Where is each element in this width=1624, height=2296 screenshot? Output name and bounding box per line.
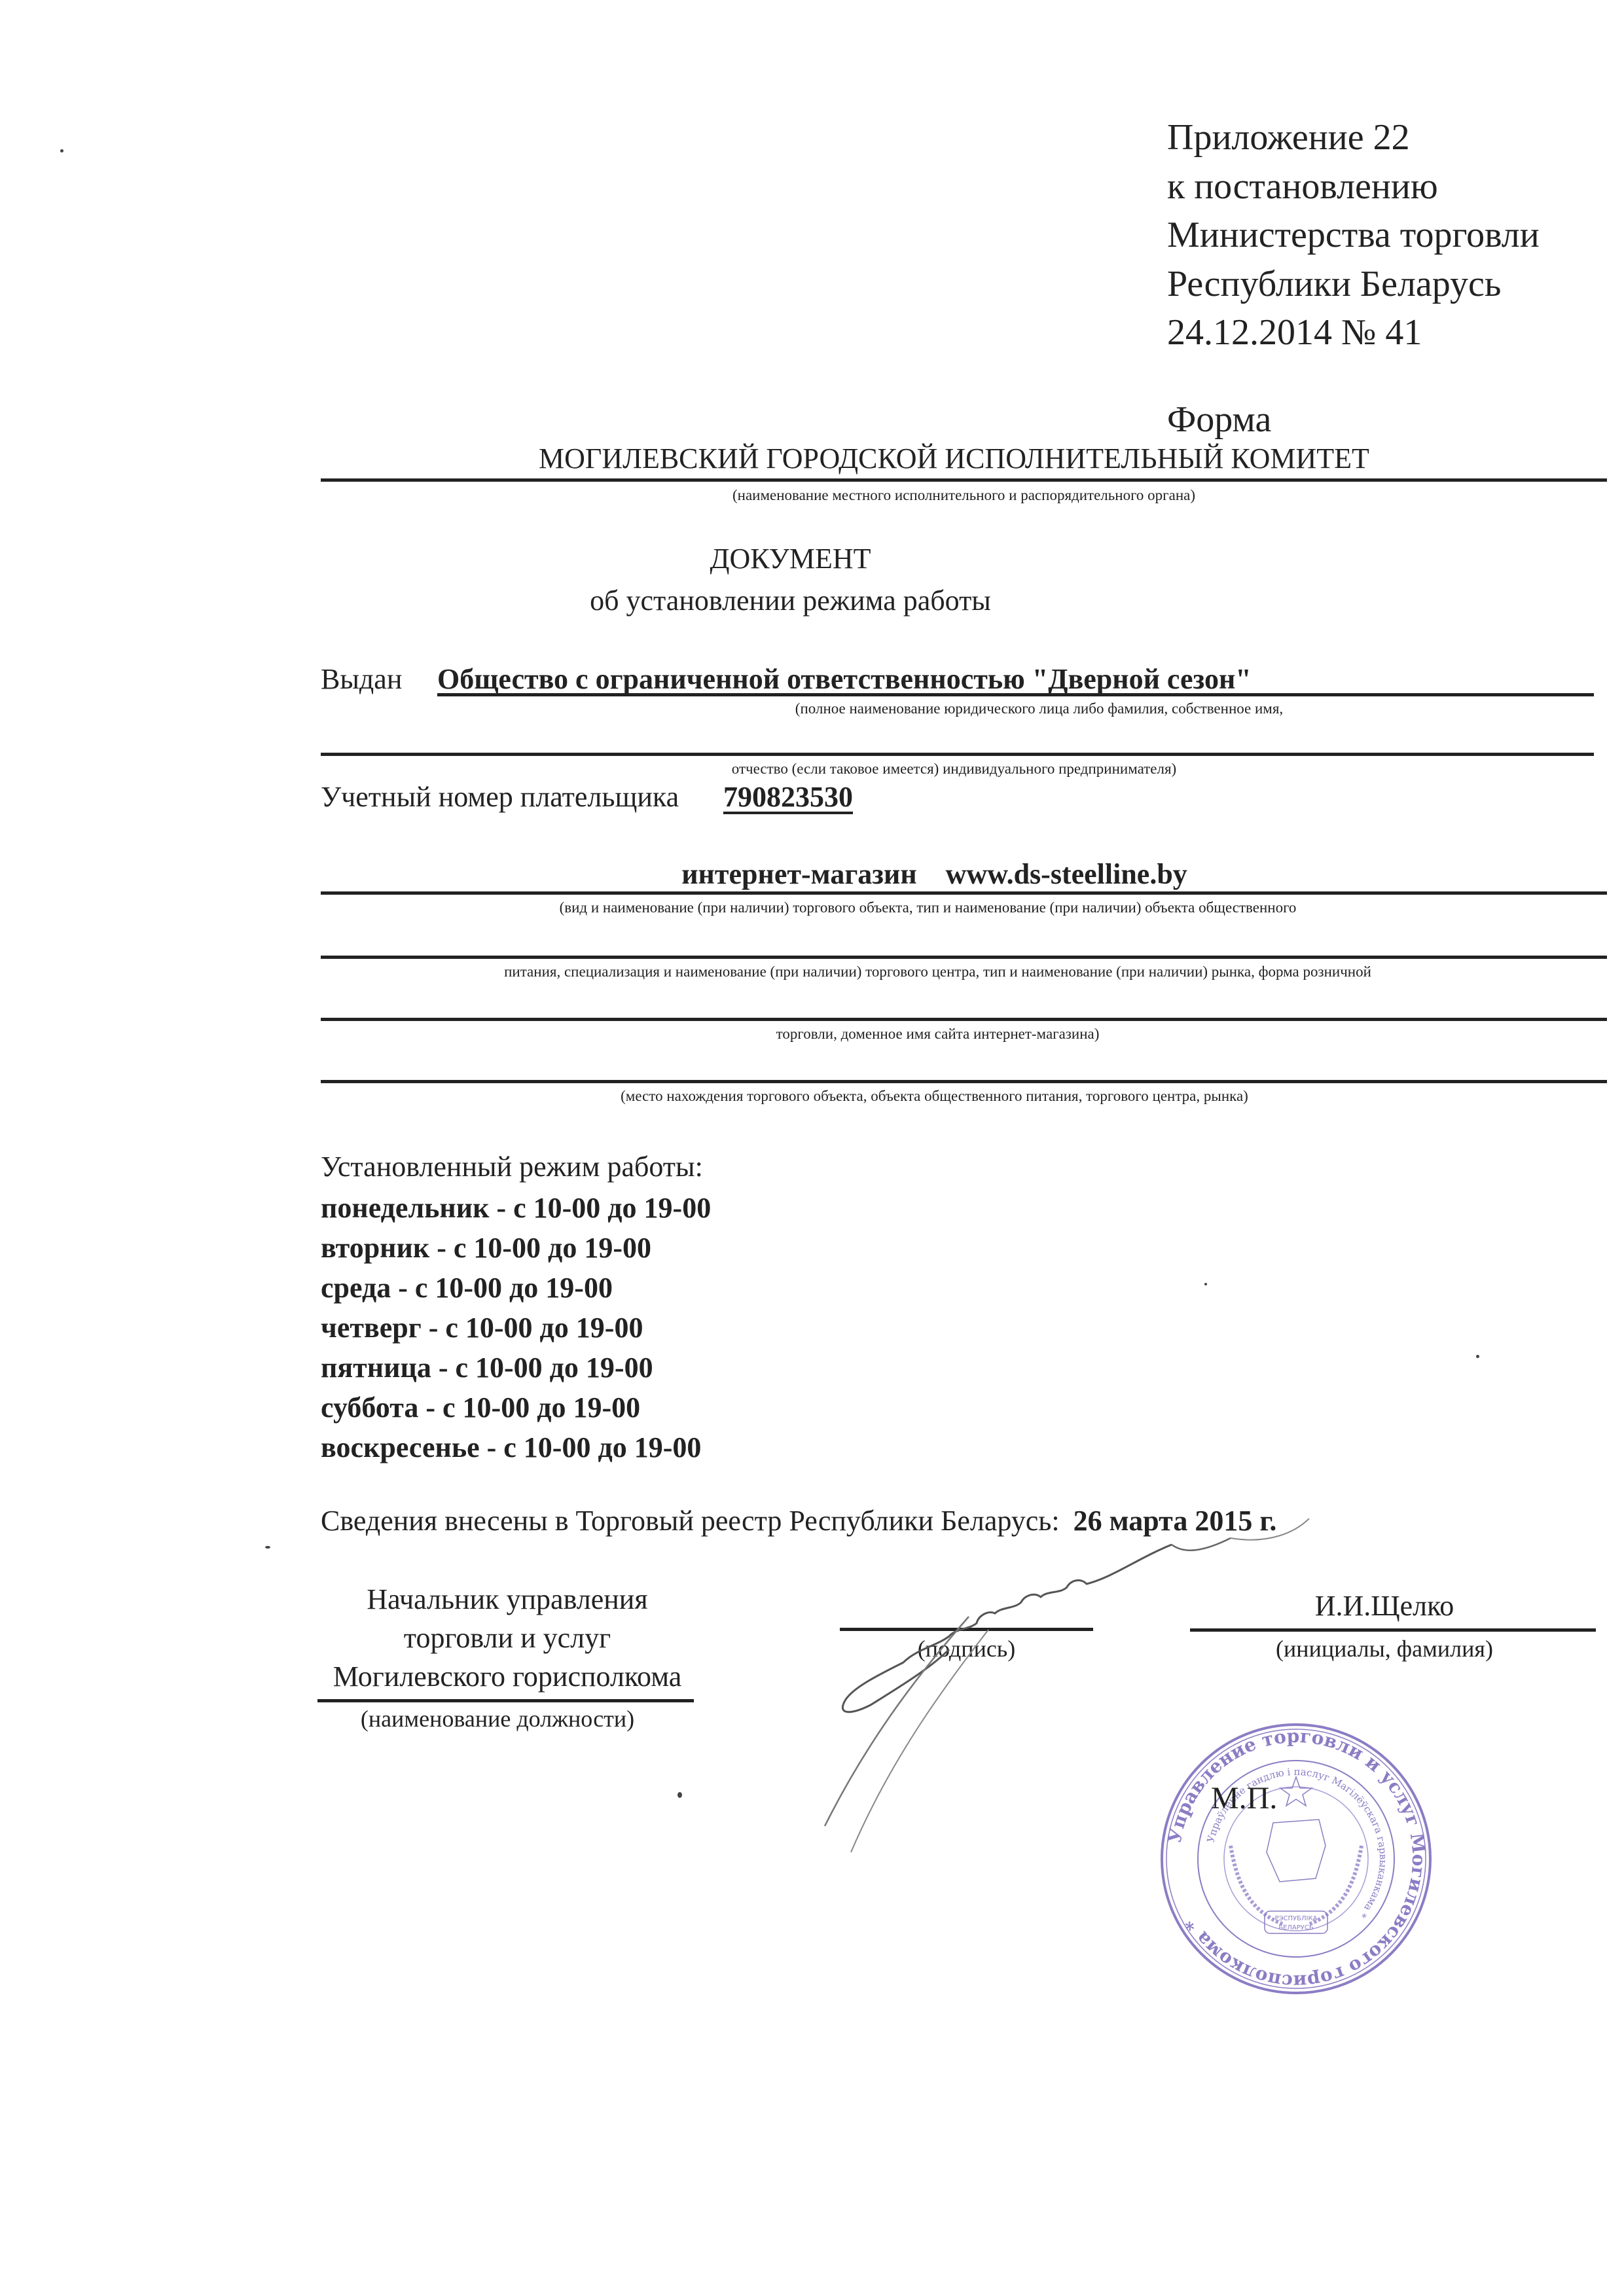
document-subtitle: об установлении режима работы — [321, 584, 1607, 618]
seal-label: М.П. — [1211, 1780, 1277, 1816]
authority-caption: (наименование местного исполнительного и… — [321, 486, 1607, 505]
position-line-3: Могилевского горисполкома — [321, 1660, 694, 1694]
appendix-line-2: к постановлению — [1167, 162, 1438, 211]
trade-object-rule-3 — [321, 1018, 1607, 1021]
signer-name-rule — [1190, 1628, 1596, 1632]
schedule-day-saturday: суббота - с 10-00 до 19-00 — [321, 1388, 640, 1427]
appendix-line-3: Министерства торговли — [1167, 210, 1540, 260]
authority-rule — [321, 478, 1607, 482]
payer-value: 790823530 — [723, 780, 853, 814]
schedule-day-monday: понедельник - с 10-00 до 19-00 — [321, 1188, 711, 1228]
issued-to-rule-2 — [321, 753, 1594, 756]
scan-speck — [265, 1546, 270, 1549]
schedule-day-thursday: четверг - с 10-00 до 19-00 — [321, 1308, 643, 1348]
trade-object-caption-1: (вид и наименование (при наличии) торгов… — [321, 898, 1607, 918]
schedule-day-friday: пятница - с 10-00 до 19-00 — [321, 1348, 653, 1388]
document-title: ДОКУМЕНТ — [321, 542, 1607, 576]
appendix-line-4: Республики Беларусь — [1167, 259, 1501, 309]
official-stamp-icon: Управление торговли и услуг Могилевского… — [1152, 1715, 1440, 2003]
scan-speck — [1204, 1283, 1207, 1285]
svg-text:БЕЛАРУСЬ: БЕЛАРУСЬ — [1278, 1924, 1314, 1931]
location-caption: (место нахождения торгового объекта, объ… — [321, 1086, 1607, 1106]
position-caption: (наименование должности) — [321, 1704, 674, 1733]
schedule-day-sunday: воскресенье - с 10-00 до 19-00 — [321, 1427, 701, 1467]
registry-line: Сведения внесены в Торговый реестр Респу… — [321, 1504, 1276, 1538]
position-line-2: торговли и услуг — [321, 1621, 694, 1655]
scan-speck — [60, 149, 63, 152]
signer-name: И.И.Щелко — [1182, 1589, 1587, 1623]
appendix-line-1: Приложение 22 — [1167, 113, 1410, 162]
registry-label: Сведения внесены в Торговый реестр Респу… — [321, 1505, 1060, 1537]
signer-name-caption: (инициалы, фамилия) — [1182, 1634, 1587, 1663]
payer-label: Учетный номер плательщика — [321, 780, 679, 814]
scan-speck — [1476, 1355, 1479, 1358]
issued-to-rule — [437, 693, 1594, 696]
position-line-1: Начальник управления — [321, 1583, 694, 1617]
signature-caption: (подпись) — [840, 1634, 1093, 1663]
location-rule — [321, 1080, 1607, 1083]
form-label: Форма — [1167, 395, 1271, 444]
scan-speck — [677, 1792, 682, 1798]
issued-to-caption-2: отчество (если таковое имеется) индивиду… — [321, 759, 1607, 779]
issued-to-label: Выдан — [321, 662, 402, 696]
trade-object-rule — [321, 891, 1607, 895]
trade-object-value: интернет-магазин www.ds-steelline.by — [321, 857, 1607, 891]
issued-to-value: Общество с ограниченной ответственностью… — [437, 662, 1252, 696]
trade-object-caption-3: торговли, доменное имя сайта интернет-ма… — [321, 1024, 1607, 1044]
authority-name-text: МОГИЛЕВСКИЙ ГОРОДСКОЙ ИСПОЛНИТЕЛЬНЫЙ КОМ… — [539, 442, 1369, 476]
issued-to-caption-1: (полное наименование юридического лица л… — [321, 699, 1607, 719]
registry-date: 26 марта 2015 г. — [1074, 1505, 1277, 1537]
position-rule — [317, 1699, 694, 1702]
trade-object-caption-2: питания, специализация и наименование (п… — [321, 962, 1607, 982]
svg-text:Управление торговли и услуг Мо: Управление торговли и услуг Могилевского… — [1164, 1725, 1430, 1992]
svg-text:РЭСПУБЛІКА: РЭСПУБЛІКА — [1275, 1915, 1318, 1922]
schedule-day-tuesday: вторник - с 10-00 до 19-00 — [321, 1228, 651, 1268]
signature-rule — [840, 1628, 1093, 1631]
schedule-heading: Установленный режим работы: — [321, 1150, 703, 1184]
schedule-day-wednesday: среда - с 10-00 до 19-00 — [321, 1268, 613, 1308]
trade-object-rule-2 — [321, 956, 1607, 959]
appendix-line-5: 24.12.2014 № 41 — [1167, 308, 1422, 357]
